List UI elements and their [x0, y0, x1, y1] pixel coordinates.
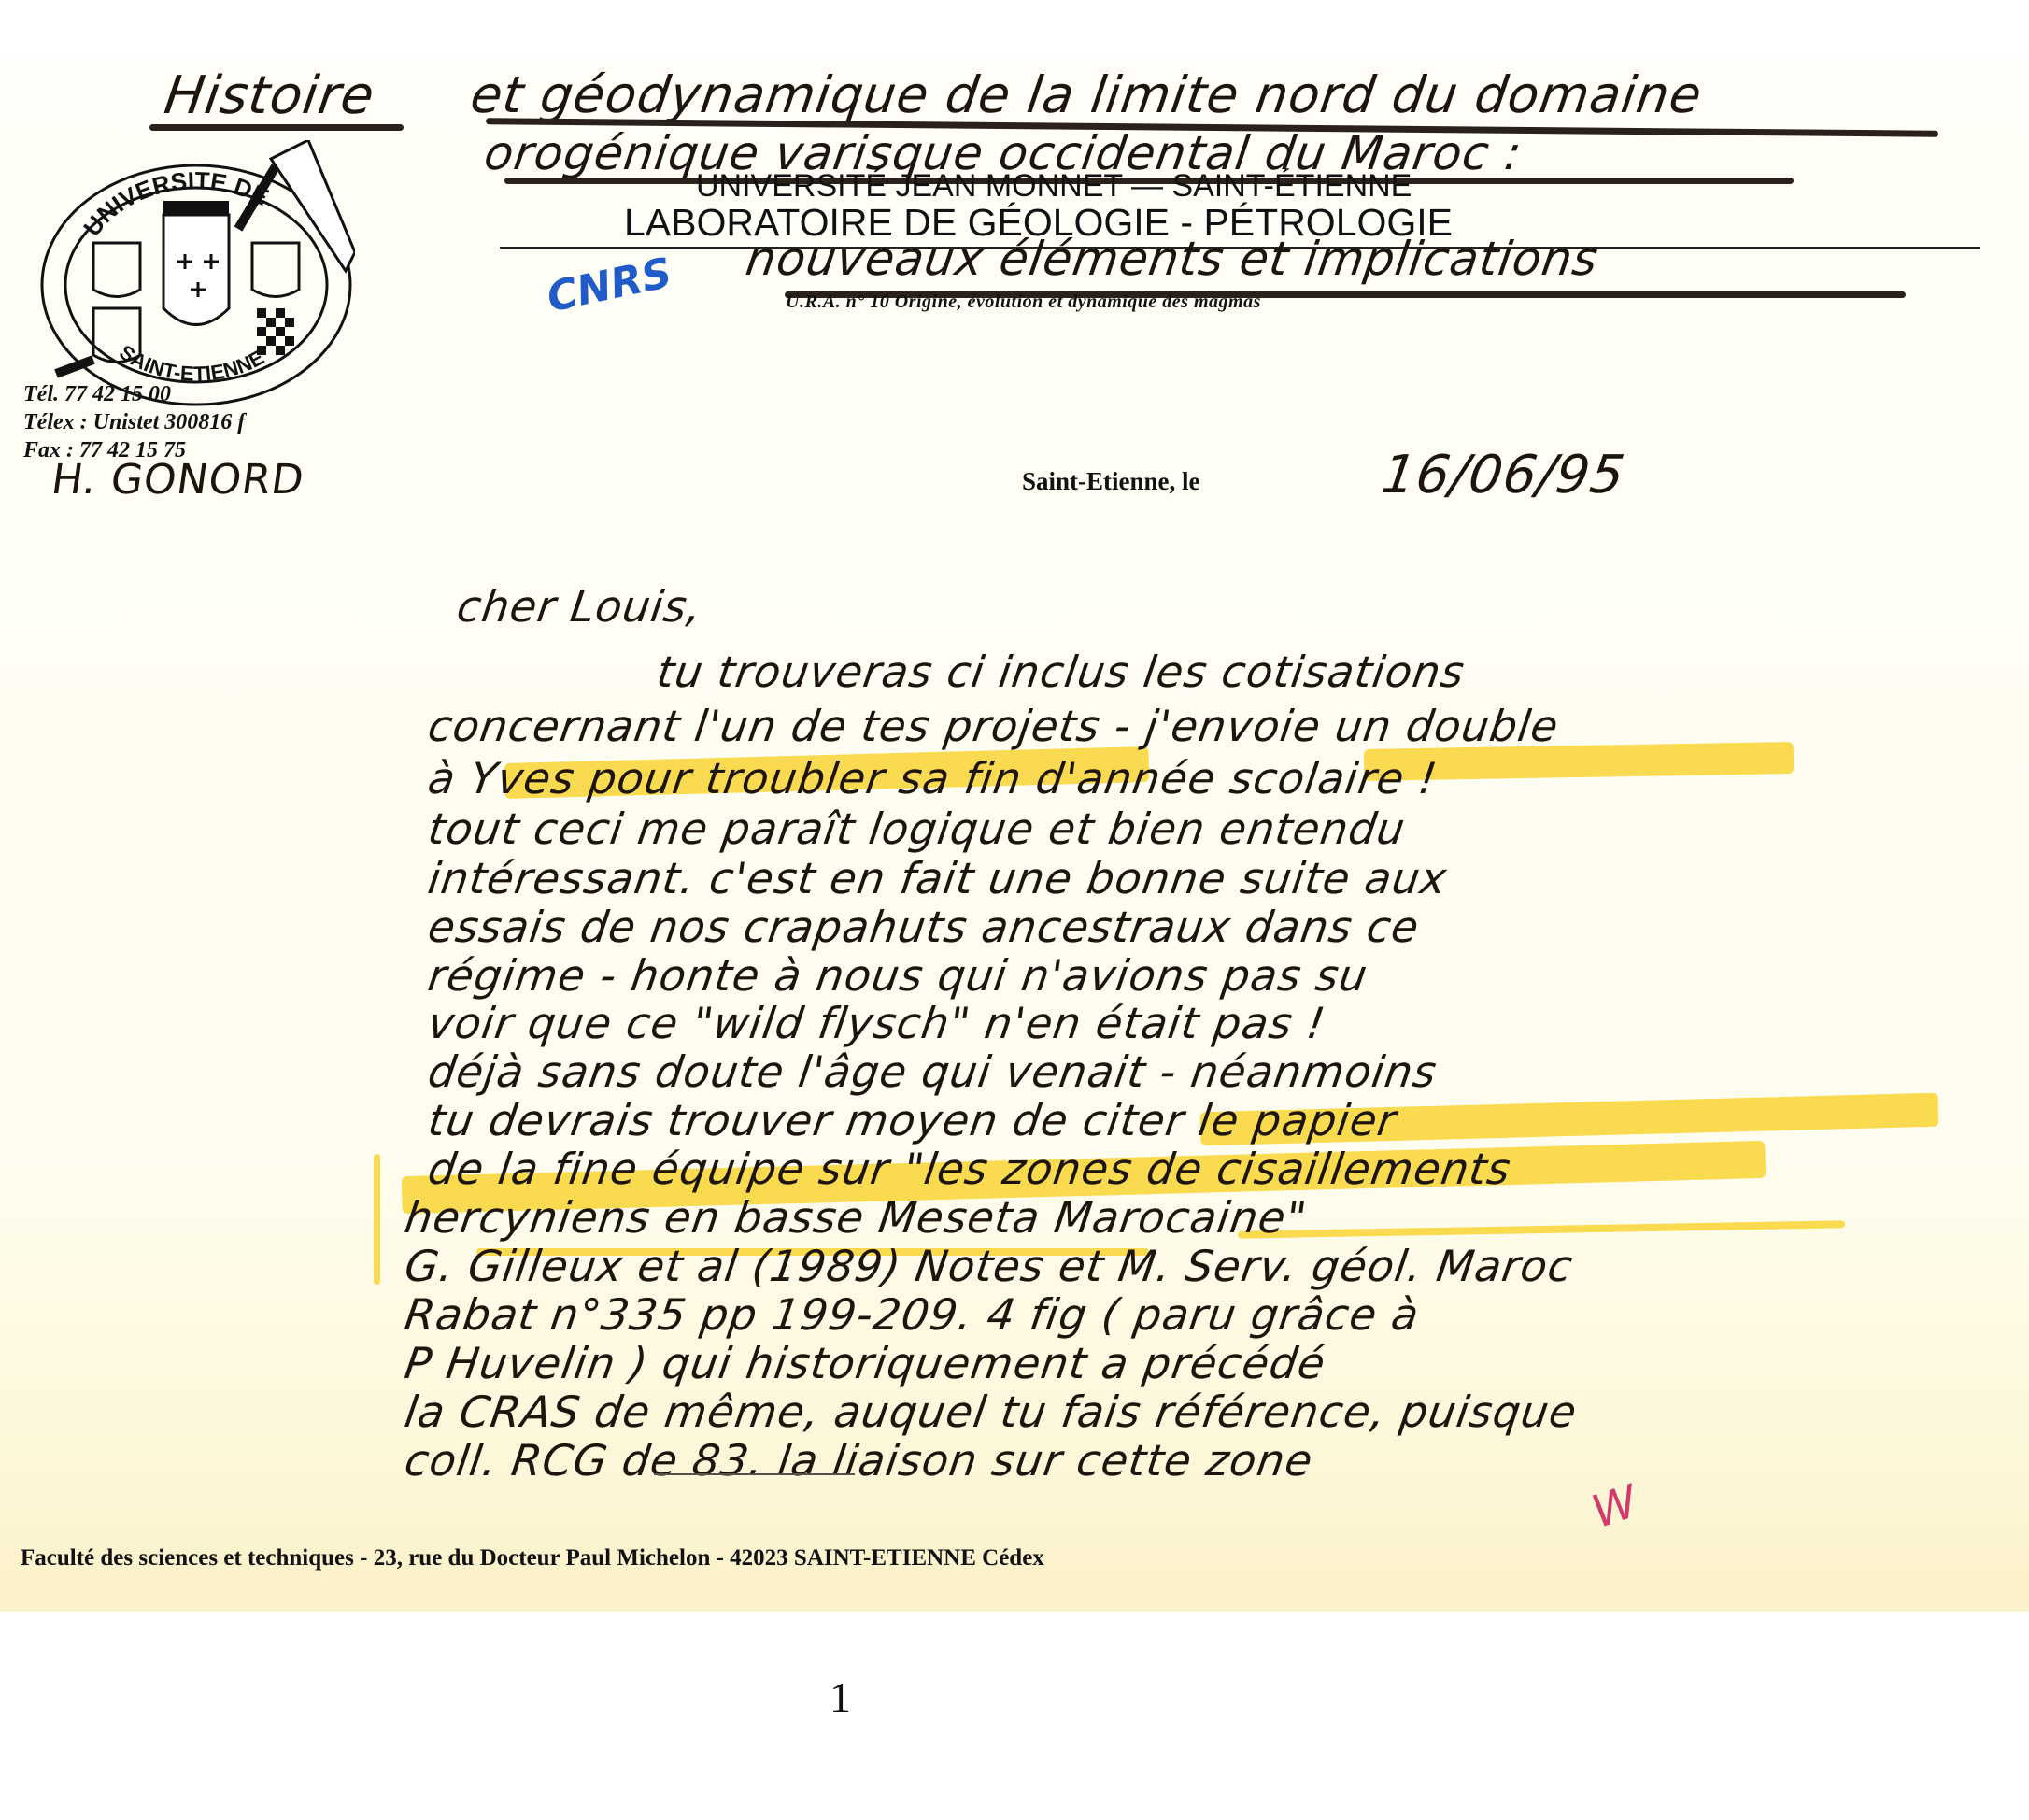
dateline-place: Saint-Etienne, le: [1022, 467, 1200, 496]
salutation: cher Louis,: [454, 581, 705, 632]
letter-line: voir que ce "wild flysch" n'en était pas…: [425, 998, 1329, 1048]
letter-line: P Huvelin ) qui historiquement a précédé: [402, 1338, 1329, 1388]
pencil-stroke: [654, 1473, 855, 1475]
letter-line: coll. RCG de 83. la liaison sur cette zo…: [402, 1435, 1316, 1486]
title-underline-1a: [149, 124, 404, 131]
letter-line: intéressant. c'est en fait une bonne sui…: [425, 853, 1451, 903]
letter-line: hercyniens en basse Meseta Marocaine": [402, 1192, 1311, 1243]
dateline-date: 16/06/95: [1378, 445, 1629, 505]
letter-line: concernant l'un de tes projets - j'envoi…: [425, 701, 1562, 751]
letter-line: Rabat n°335 pp 199-209. 4 fig ( paru grâ…: [402, 1289, 1423, 1340]
university-seal-logo: UNIVERSITE DE SAINT-ETIENNE: [37, 140, 355, 420]
letter-line: tu devrais trouver moyen de citer le pap…: [425, 1095, 1400, 1145]
contact-tel: Tél. 77 42 15 00: [23, 380, 245, 408]
sender-name: H. GONORD: [49, 456, 307, 504]
letter-line: la CRAS de même, auquel tu fais référenc…: [402, 1386, 1581, 1437]
contact-telex: Télex : Unistet 300816 f: [23, 408, 245, 436]
letter-line: essais de nos crapahuts ancestraux dans …: [425, 902, 1423, 952]
seal-text-bottom: SAINT-ETIENNE: [115, 340, 268, 386]
contact-block: Tél. 77 42 15 00 Télex : Unistet 300816 …: [23, 380, 245, 464]
highlight-margin-bar: [374, 1154, 380, 1285]
title-annotation-histoire: Histoire: [161, 65, 378, 126]
letter-line: déjà sans doute l'âge qui venait - néanm…: [425, 1046, 1440, 1097]
letter-line: G. Gilleux et al (1989) Notes et M. Serv…: [402, 1241, 1576, 1291]
university-name: UNIVERSITÉ JEAN MONNET — SAINT-ÉTIENNE: [696, 168, 1412, 205]
title-annotation-line1: et géodynamique de la limite nord du dom…: [467, 65, 1706, 124]
letter-line: à Yves pour troubler sa fin d'année scol…: [425, 753, 1440, 803]
ura-line: U.R.A. n° 10 Origine, évolution et dynam…: [786, 291, 1261, 313]
svg-text:SAINT-ETIENNE: SAINT-ETIENNE: [115, 340, 268, 386]
title-annotation-line3: nouveaux éléments et implications: [743, 232, 1602, 286]
footer-address: Faculté des sciences et techniques - 23,…: [21, 1545, 1044, 1571]
letter-line: tout ceci me paraît logique et bien ente…: [425, 803, 1409, 854]
page-number: 1: [830, 1672, 851, 1722]
letter-line: de la fine équipe sur "les zones de cisa…: [425, 1144, 1514, 1194]
letter-line: régime - honte à nous qui n'avions pas s…: [425, 950, 1371, 1001]
letter-line: tu trouveras ci inclus les cotisations: [654, 647, 1468, 697]
